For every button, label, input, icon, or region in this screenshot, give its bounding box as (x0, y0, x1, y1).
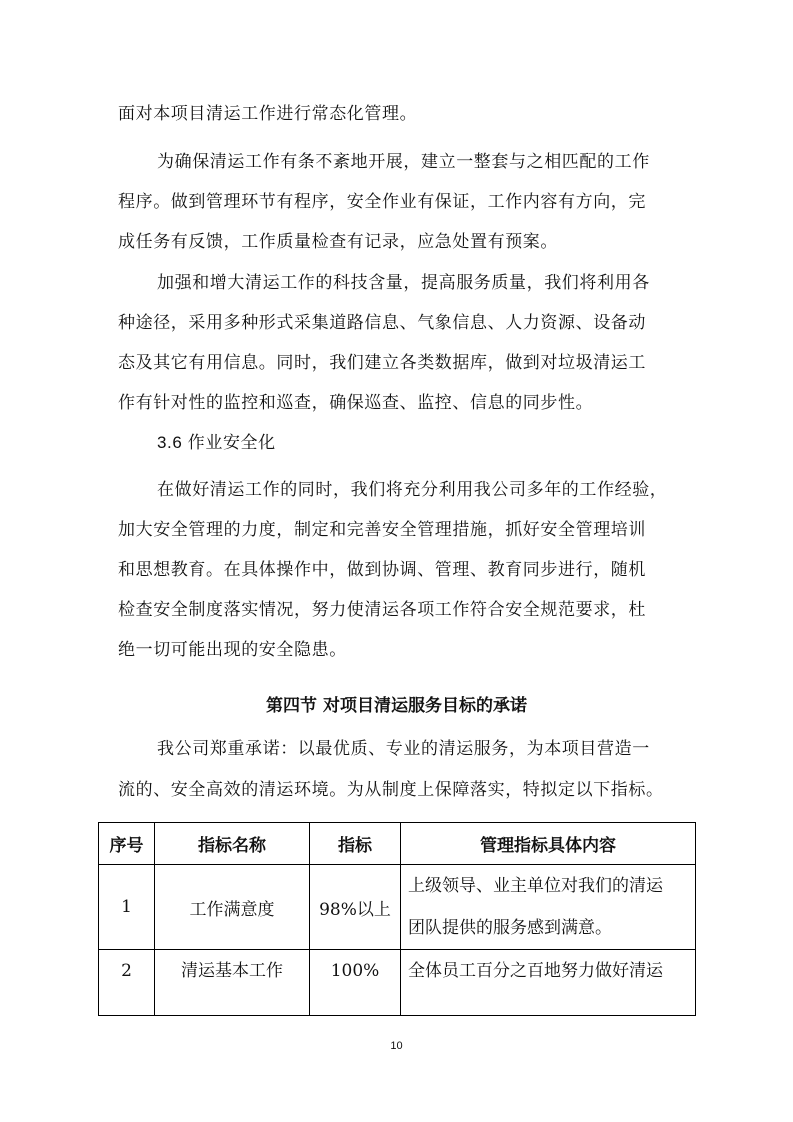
cell-content-line: 上级领导、业主单位对我们的清运 (408, 865, 695, 907)
paragraph-line: 在做好清运工作的同时，我们将充分利用我公司多年的工作经验， (157, 480, 667, 500)
cell-content: 全体员工百分之百地努力做好清运 (401, 950, 696, 1016)
paragraph-line: 我公司郑重承诺：以最优质、专业的清运服务，为本项目营造一 (157, 739, 650, 759)
cell-name: 工作满意度 (155, 865, 310, 950)
paragraph-line: 态及其它有用信息。同时，我们建立各类数据库，做到对垃圾清运工 (118, 353, 646, 373)
cell-no: 2 (99, 950, 155, 1016)
cell-content-line: 团队提供的服务感到满意。 (408, 907, 695, 949)
cell-target: 100% (310, 950, 401, 1016)
paragraph-line: 作有针对性的监控和巡查，确保巡查、监控、信息的同步性。 (118, 393, 593, 413)
table-header-row: 序号 指标名称 指标 管理指标具体内容 (99, 823, 696, 865)
metrics-table: 序号 指标名称 指标 管理指标具体内容 1 工作满意度 98%以上 上级领导、业… (98, 822, 696, 1016)
paragraph-line: 程序。做到管理环节有程序，安全作业有保证，工作内容有方向，完 (118, 192, 646, 212)
paragraph-line: 成任务有反馈，工作质量检查有记录，应急处置有预案。 (118, 232, 558, 252)
paragraph-line: 流的、安全高效的清运环境。为从制度上保障落实，特拟定以下指标。 (118, 780, 664, 800)
header-target: 指标 (310, 823, 401, 865)
cell-target: 98%以上 (310, 865, 401, 950)
cell-content: 上级领导、业主单位对我们的清运 团队提供的服务感到满意。 (401, 865, 696, 950)
paragraph-line: 检查安全制度落实情况，努力使清运各项工作符合安全规范要求，杜 (118, 600, 646, 620)
paragraph-line: 种途径，采用多种形式采集道路信息、气象信息、人力资源、设备动 (118, 313, 646, 333)
section-title: 第四节 对项目清运服务目标的承诺 (0, 696, 793, 716)
paragraph-line: 为确保清运工作有条不紊地开展，建立一整套与之相匹配的工作 (157, 152, 650, 172)
header-name: 指标名称 (155, 823, 310, 865)
paragraph-line: 绝一切可能出现的安全隐患。 (118, 640, 347, 660)
header-content: 管理指标具体内容 (401, 823, 696, 865)
table-row: 2 清运基本工作 100% 全体员工百分之百地努力做好清运 (99, 950, 696, 1016)
cell-content-line: 全体员工百分之百地努力做好清运 (408, 950, 695, 992)
cell-no: 1 (99, 865, 155, 950)
page-number: 10 (0, 1040, 793, 1052)
paragraph-line: 和思想教育。在具体操作中，做到协调、管理、教育同步进行，随机 (118, 560, 646, 580)
paragraph-line: 面对本项目清运工作进行常态化管理。 (118, 104, 417, 124)
table-row: 1 工作满意度 98%以上 上级领导、业主单位对我们的清运 团队提供的服务感到满… (99, 865, 696, 950)
cell-name: 清运基本工作 (155, 950, 310, 1016)
subsection-heading: 3.6 作业安全化 (157, 433, 276, 453)
paragraph-line: 加大安全管理的力度，制定和完善安全管理措施，抓好安全管理培训 (118, 520, 646, 540)
header-no: 序号 (99, 823, 155, 865)
paragraph-line: 加强和增大清运工作的科技含量，提高服务质量，我们将利用各 (157, 273, 650, 293)
